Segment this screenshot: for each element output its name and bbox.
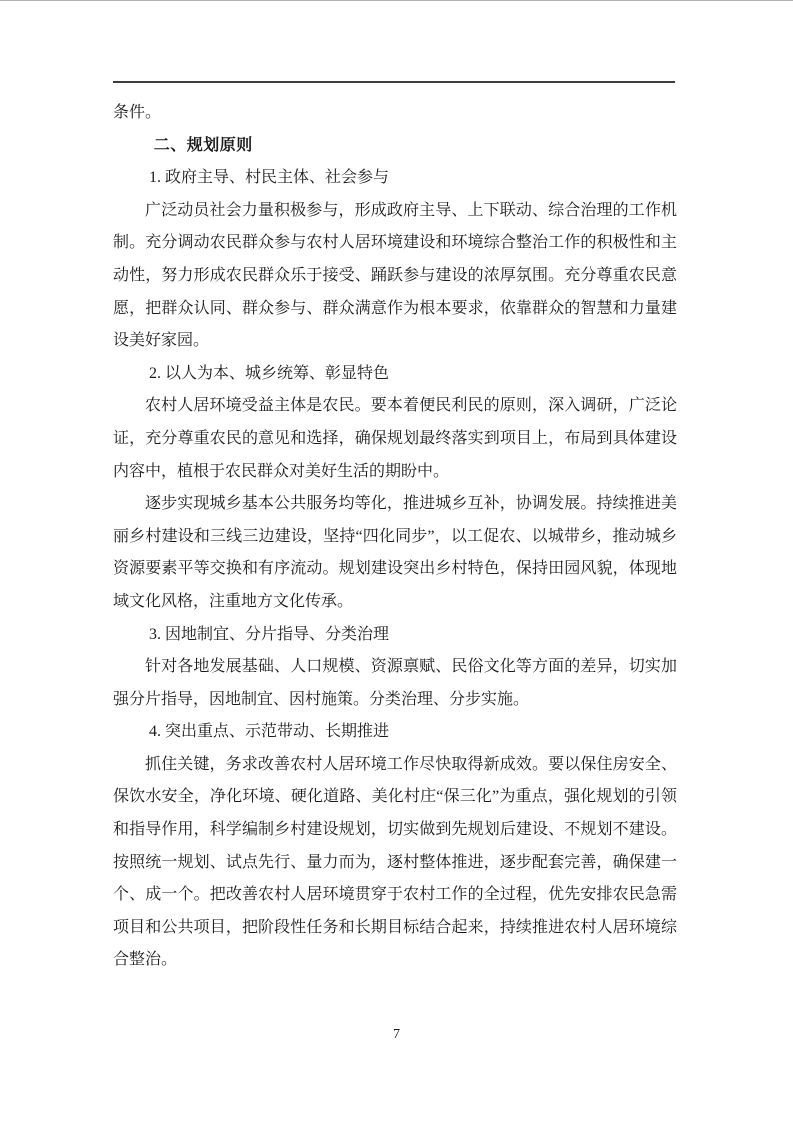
item-3-paragraph-1: 针对各地发展基础、人口规模、资源禀赋、民俗文化等方面的差异，切实加强分片指导，因… <box>113 651 677 716</box>
item-4-paragraph-1: 抓住关键，务求改善农村人居环境工作尽快取得新成效。要以保住房安全、保饮水安全，净… <box>113 749 677 977</box>
section-heading: 二、规划原则 <box>113 130 677 163</box>
document-body: 条件。 二、规划原则 1. 政府主导、村民主体、社会参与 广泛动员社会力量积极参… <box>113 97 677 977</box>
item-2-paragraph-2: 逐步实现城乡基本公共服务均等化，推进城乡互补，协调发展。持续推进美丽乡村建设和三… <box>113 488 677 618</box>
document-page: 条件。 二、规划原则 1. 政府主导、村民主体、社会参与 广泛动员社会力量积极参… <box>0 1 793 1122</box>
continuation-paragraph: 条件。 <box>113 97 677 130</box>
item-2-heading: 2. 以人为本、城乡统筹、彰显特色 <box>113 358 677 391</box>
item-1-paragraph-1: 广泛动员社会力量积极参与，形成政府主导、上下联动、综合治理的工作机制。充分调动农… <box>113 195 677 358</box>
item-4-heading: 4. 突出重点、示范带动、长期推进 <box>113 716 677 749</box>
item-2-paragraph-1: 农村人居环境受益主体是农民。要本着便民利民的原则，深入调研，广泛论证，充分尊重农… <box>113 390 677 488</box>
page-number: 7 <box>0 1027 793 1043</box>
item-3-heading: 3. 因地制宜、分片指导、分类治理 <box>113 619 677 652</box>
item-1-heading: 1. 政府主导、村民主体、社会参与 <box>113 162 677 195</box>
header-rule <box>113 81 675 83</box>
